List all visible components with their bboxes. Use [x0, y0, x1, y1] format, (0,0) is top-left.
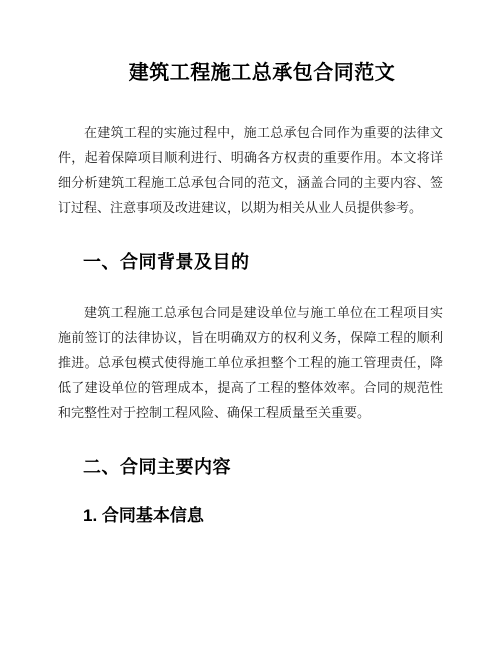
paragraph-line: 订过程、注意事项及改进建议，以期为相关从业人员提供参考。	[58, 195, 443, 220]
paragraph-line: 在建筑工程的实施过程中，施工总承包合同作为重要的法律文	[58, 120, 443, 145]
subsection-heading-1: 1. 合同基本信息	[58, 503, 443, 528]
paragraph-line: 施前签订的法律协议，旨在明确双方的权利义务，保障工程的顺利	[58, 325, 443, 350]
section-heading-2: 二、合同主要内容	[58, 455, 443, 480]
paragraph-line: 低了建设单位的管理成本，提高了工程的整体效率。合同的规范性	[58, 375, 443, 400]
paragraph-line: 件，起着保障项目顺利进行、明确各方权责的重要作用。本文将详	[58, 145, 443, 170]
intro-paragraph: 在建筑工程的实施过程中，施工总承包合同作为重要的法律文 件，起着保障项目顺利进行…	[58, 120, 443, 220]
document-title: 建筑工程施工总承包合同范文	[58, 0, 443, 86]
document-content: 建筑工程施工总承包合同范文 在建筑工程的实施过程中，施工总承包合同作为重要的法律…	[0, 0, 500, 528]
document-page: 建筑工程施工总承包合同范文 在建筑工程的实施过程中，施工总承包合同作为重要的法律…	[0, 0, 500, 647]
section-1-paragraph: 建筑工程施工总承包合同是建设单位与施工单位在工程项目实 施前签订的法律协议，旨在…	[58, 300, 443, 425]
paragraph-line: 推进。总承包模式使得施工单位承担整个工程的施工管理责任，降	[58, 350, 443, 375]
paragraph-line: 和完整性对于控制工程风险、确保工程质量至关重要。	[58, 400, 443, 425]
paragraph-line: 建筑工程施工总承包合同是建设单位与施工单位在工程项目实	[58, 300, 443, 325]
section-heading-1: 一、合同背景及目的	[58, 250, 443, 275]
paragraph-line: 细分析建筑工程施工总承包合同的范文，涵盖合同的主要内容、签	[58, 170, 443, 195]
